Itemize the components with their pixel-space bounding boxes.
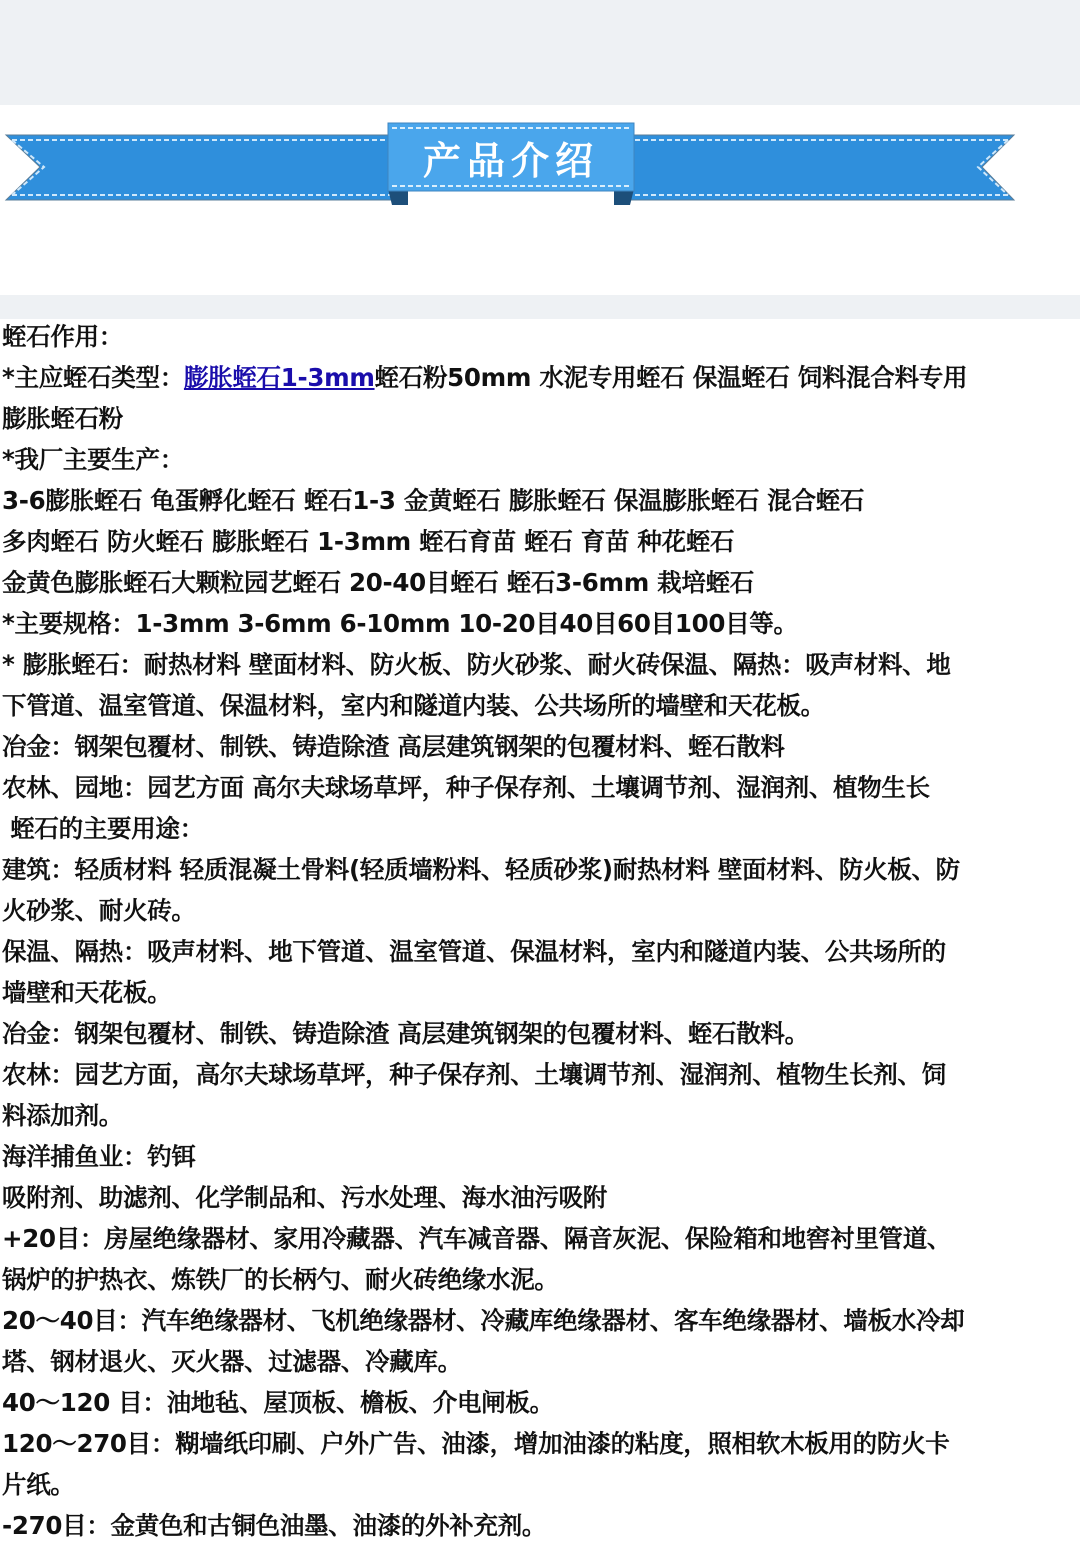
text-line: 农林、园地：园艺方面 高尔夫球场草坪，种子保存剂、土壤调节剂、湿润剂、植物生长 [2, 767, 1078, 808]
text-line: 多肉蛭石 防火蛭石 膨胀蛭石 1-3mm 蛭石育苗 蛭石 育苗 种花蛭石 [2, 521, 1078, 562]
section-heading-uses: 蛭石作用： [2, 316, 1078, 357]
product-intro-banner: 产品介绍 [0, 105, 1080, 295]
text-line-main-types: *主应蛭石类型：膨胀蛭石1-3mm蛭石粉50mm 水泥专用蛭石 保温蛭石 饲料混… [2, 357, 1078, 398]
banner-title: 产品介绍 [388, 125, 634, 189]
text-line: 片纸。 [2, 1464, 1078, 1505]
text-line: 锅炉的护热衣、炼铁厂的长柄勺、耐火砖绝缘水泥。 [2, 1259, 1078, 1300]
section-heading-production: *我厂主要生产： [2, 439, 1078, 480]
text-line: 20～40目：汽车绝缘器材、飞机绝缘器材、冷藏库绝缘器材、客车绝缘器材、墙板水冷… [2, 1300, 1078, 1341]
product-description: 蛭石作用： *主应蛭石类型：膨胀蛭石1-3mm蛭石粉50mm 水泥专用蛭石 保温… [2, 316, 1078, 1546]
text-line: 120～270目：糊墙纸印刷、户外广告、油漆，增加油漆的粘度，照相软木板用的防火… [2, 1423, 1078, 1464]
text-line: 3-6膨胀蛭石 龟蛋孵化蛭石 蛭石1-3 金黄蛭石 膨胀蛭石 保温膨胀蛭石 混合… [2, 480, 1078, 521]
text-line: +20目：房屋绝缘器材、家用冷藏器、汽车减音器、隔音灰泥、保险箱和地窖衬里管道、 [2, 1218, 1078, 1259]
text-line: 塔、钢材退火、灭火器、过滤器、冷藏库。 [2, 1341, 1078, 1382]
text-line: 海洋捕鱼业：钓铒 [2, 1136, 1078, 1177]
text-line: 下管道、温室管道、保温材料，室内和隧道内装、公共场所的墙壁和天花板。 [2, 685, 1078, 726]
text-line: 火砂浆、耐火砖。 [2, 890, 1078, 931]
text-line: 保温、隔热：吸声材料、地下管道、温室管道、保温材料，室内和隧道内装、公共场所的 [2, 931, 1078, 972]
text-line: 40～120 目：油地毡、屋顶板、檐板、介电闸板。 [2, 1382, 1078, 1423]
text-line: 金黄色膨胀蛭石大颗粒园艺蛭石 20-40目蛭石 蛭石3-6mm 栽培蛭石 [2, 562, 1078, 603]
section-heading-main-uses: 蛭石的主要用途： [2, 808, 1078, 849]
text-line: -270目：金黄色和古铜色油墨、油漆的外补充剂。 [2, 1505, 1078, 1546]
text-line: 冶金：钢架包覆材、制铁、铸造除渣 高层建筑钢架的包覆材料、蛭石散料 [2, 726, 1078, 767]
text-line: * 膨胀蛭石：耐热材料 壁面材料、防火板、防火砂浆、耐火砖保温、隔热：吸声材料、… [2, 644, 1078, 685]
text-line: 吸附剂、助滤剂、化学制品和、污水处理、海水油污吸附 [2, 1177, 1078, 1218]
main-types-label: *主应蛭石类型： [2, 363, 184, 392]
text-line: 农林：园艺方面，高尔夫球场草坪，种子保存剂、土壤调节剂、湿润剂、植物生长剂、饲 [2, 1054, 1078, 1095]
text-line: 建筑：轻质材料 轻质混凝土骨料(轻质墙粉料、轻质砂浆)耐热材料 壁面材料、防火板… [2, 849, 1078, 890]
text-line-specs: *主要规格：1-3mm 3-6mm 6-10mm 10-20目40目60目100… [2, 603, 1078, 644]
text-line: 冶金：钢架包覆材、制铁、铸造除渣 高层建筑钢架的包覆材料、蛭石散料。 [2, 1013, 1078, 1054]
top-gray-band [0, 0, 1080, 105]
text-line: 膨胀蛭石粉 [2, 398, 1078, 439]
expanded-vermiculite-link[interactable]: 膨胀蛭石1-3mm [184, 363, 375, 392]
text-line: 墙壁和天花板。 [2, 972, 1078, 1013]
main-types-list: 蛭石粉50mm 水泥专用蛭石 保温蛭石 饲料混合料专用 [375, 363, 968, 392]
text-line: 料添加剂。 [2, 1095, 1078, 1136]
